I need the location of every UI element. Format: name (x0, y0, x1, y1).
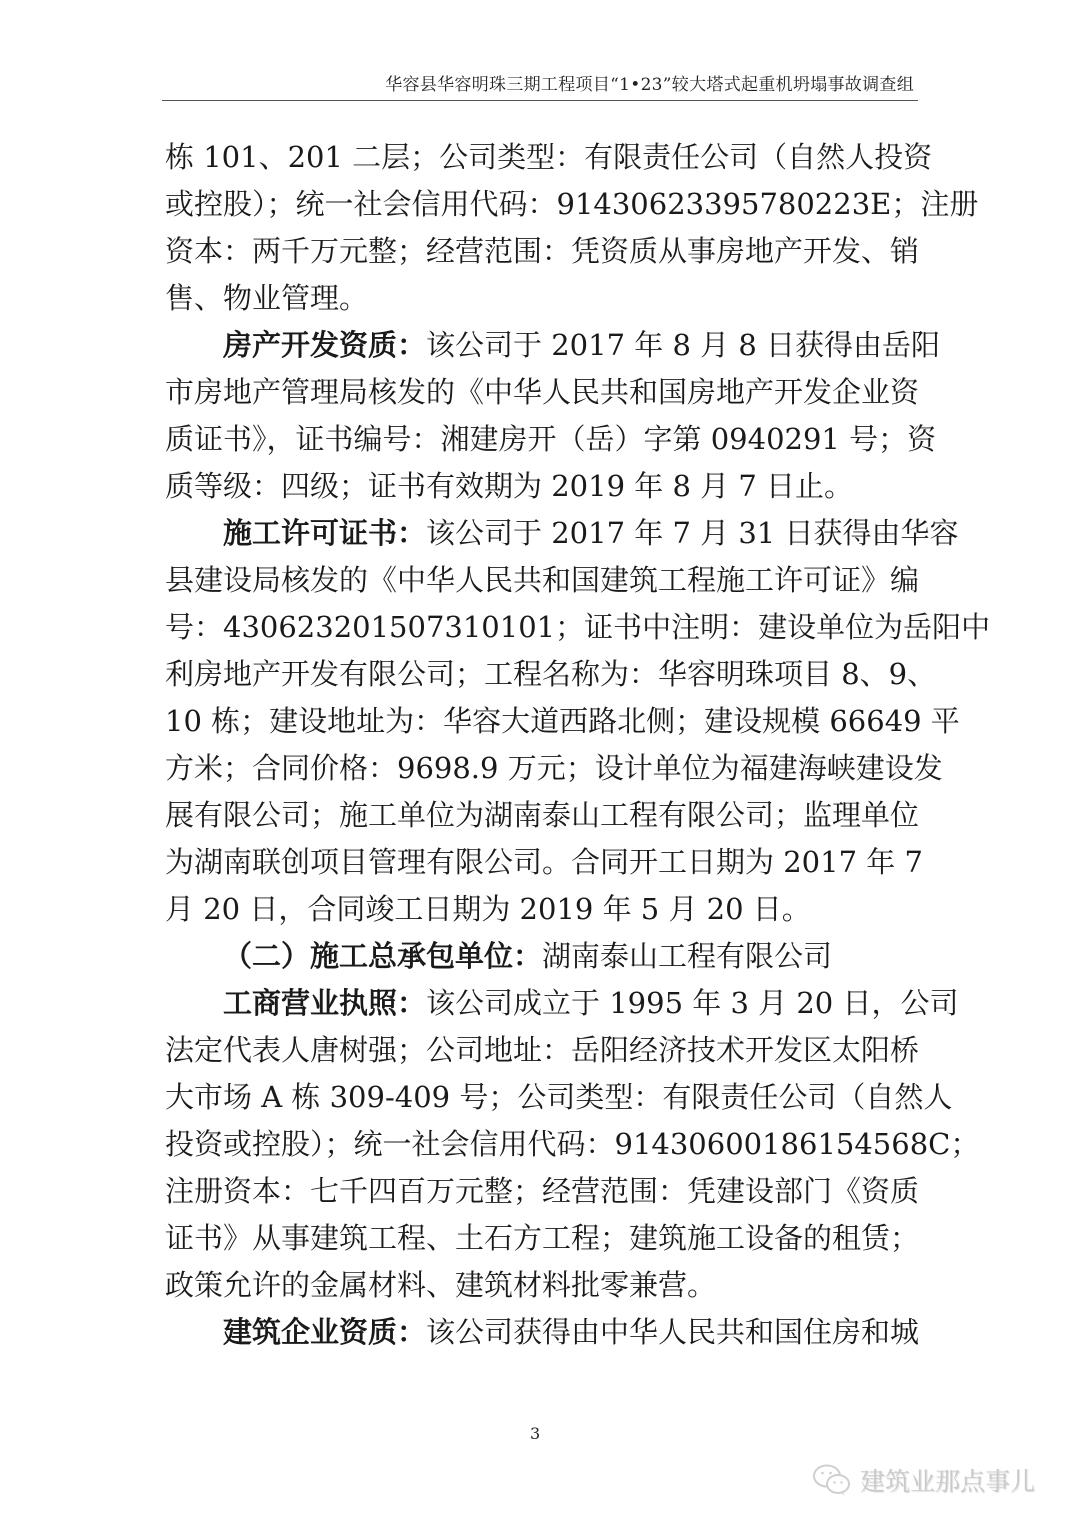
line-text: 证书》从事建筑工程、土石方工程；建筑施工设备的租赁； (165, 1221, 919, 1255)
text-line: 为湖南联创项目管理有限公司。合同开工日期为 2017 年 7 (165, 839, 917, 886)
line-text: 或控股）；统一社会信用代码：91430623395780223E；注册 (165, 187, 978, 221)
text-line: 投资或控股）；统一社会信用代码：91430600186154568C； (165, 1121, 917, 1168)
text-line: 建筑企业资质：该公司获得由中华人民共和国住房和城 (165, 1309, 917, 1356)
text-line: 月 20 日，合同竣工日期为 2019 年 5 月 20 日。 (165, 886, 917, 933)
line-text: 法定代表人唐树强；公司地址：岳阳经济技术开发区太阳桥 (165, 1033, 919, 1067)
text-line: 质等级：四级；证书有效期为 2019 年 8 月 7 日止。 (165, 463, 917, 510)
text-line: 或控股）；统一社会信用代码：91430623395780223E；注册 (165, 181, 917, 228)
line-text: 资本：两千万元整；经营范围：凭资质从事房地产开发、销 (165, 234, 919, 268)
line-text: 为湖南联创项目管理有限公司。合同开工日期为 2017 年 7 (165, 845, 923, 879)
text-line: 号：430623201507310101；证书中注明：建设单位为岳阳中 (165, 604, 917, 651)
text-line: 房产开发资质：该公司于 2017 年 8 月 8 日获得由岳阳 (165, 322, 917, 369)
line-text: 该公司获得由中华人民共和国住房和城 (426, 1315, 919, 1349)
line-text: 方米；合同价格：9698.9 万元；设计单位为福建海峡建设发 (165, 751, 943, 785)
paragraph-heading: （二）施工总承包单位： (223, 939, 542, 973)
text-line: 工商营业执照：该公司成立于 1995 年 3 月 20 日，公司 (165, 980, 917, 1027)
page-number: 3 (530, 1424, 540, 1443)
text-line: 资本：两千万元整；经营范围：凭资质从事房地产开发、销 (165, 228, 917, 275)
text-line: 售、物业管理。 (165, 275, 917, 322)
text-line: 注册资本：七千四百万元整；经营范围：凭建设部门《资质 (165, 1168, 917, 1215)
text-line: 展有限公司；施工单位为湖南泰山工程有限公司；监理单位 (165, 792, 917, 839)
text-line: 法定代表人唐树强；公司地址：岳阳经济技术开发区太阳桥 (165, 1027, 917, 1074)
line-text: 政策允许的金属材料、建筑材料批零兼营。 (165, 1268, 716, 1302)
text-line: 大市场 A 栋 309-409 号；公司类型：有限责任公司（自然人 (165, 1074, 917, 1121)
line-text: 质证书》，证书编号：湘建房开（岳）字第 0940291 号；资 (165, 422, 936, 456)
line-text: 号：430623201507310101；证书中注明：建设单位为岳阳中 (165, 610, 990, 644)
line-text: 质等级：四级；证书有效期为 2019 年 8 月 7 日止。 (165, 469, 853, 503)
document-body: 栋 101、201 二层；公司类型：有限责任公司（自然人投资或控股）；统一社会信… (165, 134, 917, 1356)
text-line: 质证书》，证书编号：湘建房开（岳）字第 0940291 号；资 (165, 416, 917, 463)
paragraph-heading: 建筑企业资质： (223, 1315, 426, 1349)
document-header: 华容县华容明珠三期工程项目“1•23”较大塔式起重机坍塌事故调查组 (162, 72, 918, 101)
line-text: 栋 101、201 二层；公司类型：有限责任公司（自然人投资 (165, 140, 932, 174)
watermark: 建筑业那点事儿 (812, 1462, 1035, 1498)
wechat-icon (812, 1463, 852, 1497)
line-text: 注册资本：七千四百万元整；经营范围：凭建设部门《资质 (165, 1174, 919, 1208)
watermark-text: 建筑业那点事儿 (860, 1462, 1035, 1498)
text-line: 施工许可证书：该公司于 2017 年 7 月 31 日获得由华容 (165, 510, 917, 557)
text-line: （二）施工总承包单位：湖南泰山工程有限公司 (165, 933, 917, 980)
line-text: 湖南泰山工程有限公司 (542, 939, 832, 973)
header-title: 华容县华容明珠三期工程项目“1•23”较大塔式起重机坍塌事故调查组 (385, 75, 918, 95)
line-text: 该公司于 2017 年 7 月 31 日获得由华容 (426, 516, 958, 550)
line-text: 利房地产开发有限公司；工程名称为：华容明珠项目 8、9、 (165, 657, 936, 691)
line-text: 县建设局核发的《中华人民共和国建筑工程施工许可证》编 (165, 563, 919, 597)
text-line: 方米；合同价格：9698.9 万元；设计单位为福建海峡建设发 (165, 745, 917, 792)
line-text: 投资或控股）；统一社会信用代码：91430600186154568C； (165, 1127, 979, 1161)
line-text: 售、物业管理。 (165, 281, 368, 315)
paragraph-heading: 工商营业执照： (223, 986, 426, 1020)
text-line: 利房地产开发有限公司；工程名称为：华容明珠项目 8、9、 (165, 651, 917, 698)
text-line: 市房地产管理局核发的《中华人民共和国房地产开发企业资 (165, 369, 917, 416)
line-text: 市房地产管理局核发的《中华人民共和国房地产开发企业资 (165, 375, 919, 409)
line-text: 大市场 A 栋 309-409 号；公司类型：有限责任公司（自然人 (165, 1080, 952, 1114)
text-line: 县建设局核发的《中华人民共和国建筑工程施工许可证》编 (165, 557, 917, 604)
line-text: 月 20 日，合同竣工日期为 2019 年 5 月 20 日。 (165, 892, 811, 926)
line-text: 该公司成立于 1995 年 3 月 20 日，公司 (426, 986, 958, 1020)
line-text: 10 栋；建设地址为：华容大道西路北侧；建设规模 66649 平 (165, 704, 960, 738)
text-line: 证书》从事建筑工程、土石方工程；建筑施工设备的租赁； (165, 1215, 917, 1262)
paragraph-heading: 施工许可证书： (223, 516, 426, 550)
text-line: 栋 101、201 二层；公司类型：有限责任公司（自然人投资 (165, 134, 917, 181)
text-line: 10 栋；建设地址为：华容大道西路北侧；建设规模 66649 平 (165, 698, 917, 745)
text-line: 政策允许的金属材料、建筑材料批零兼营。 (165, 1262, 917, 1309)
line-text: 展有限公司；施工单位为湖南泰山工程有限公司；监理单位 (165, 798, 919, 832)
line-text: 该公司于 2017 年 8 月 8 日获得由岳阳 (426, 328, 940, 362)
paragraph-heading: 房产开发资质： (223, 328, 426, 362)
